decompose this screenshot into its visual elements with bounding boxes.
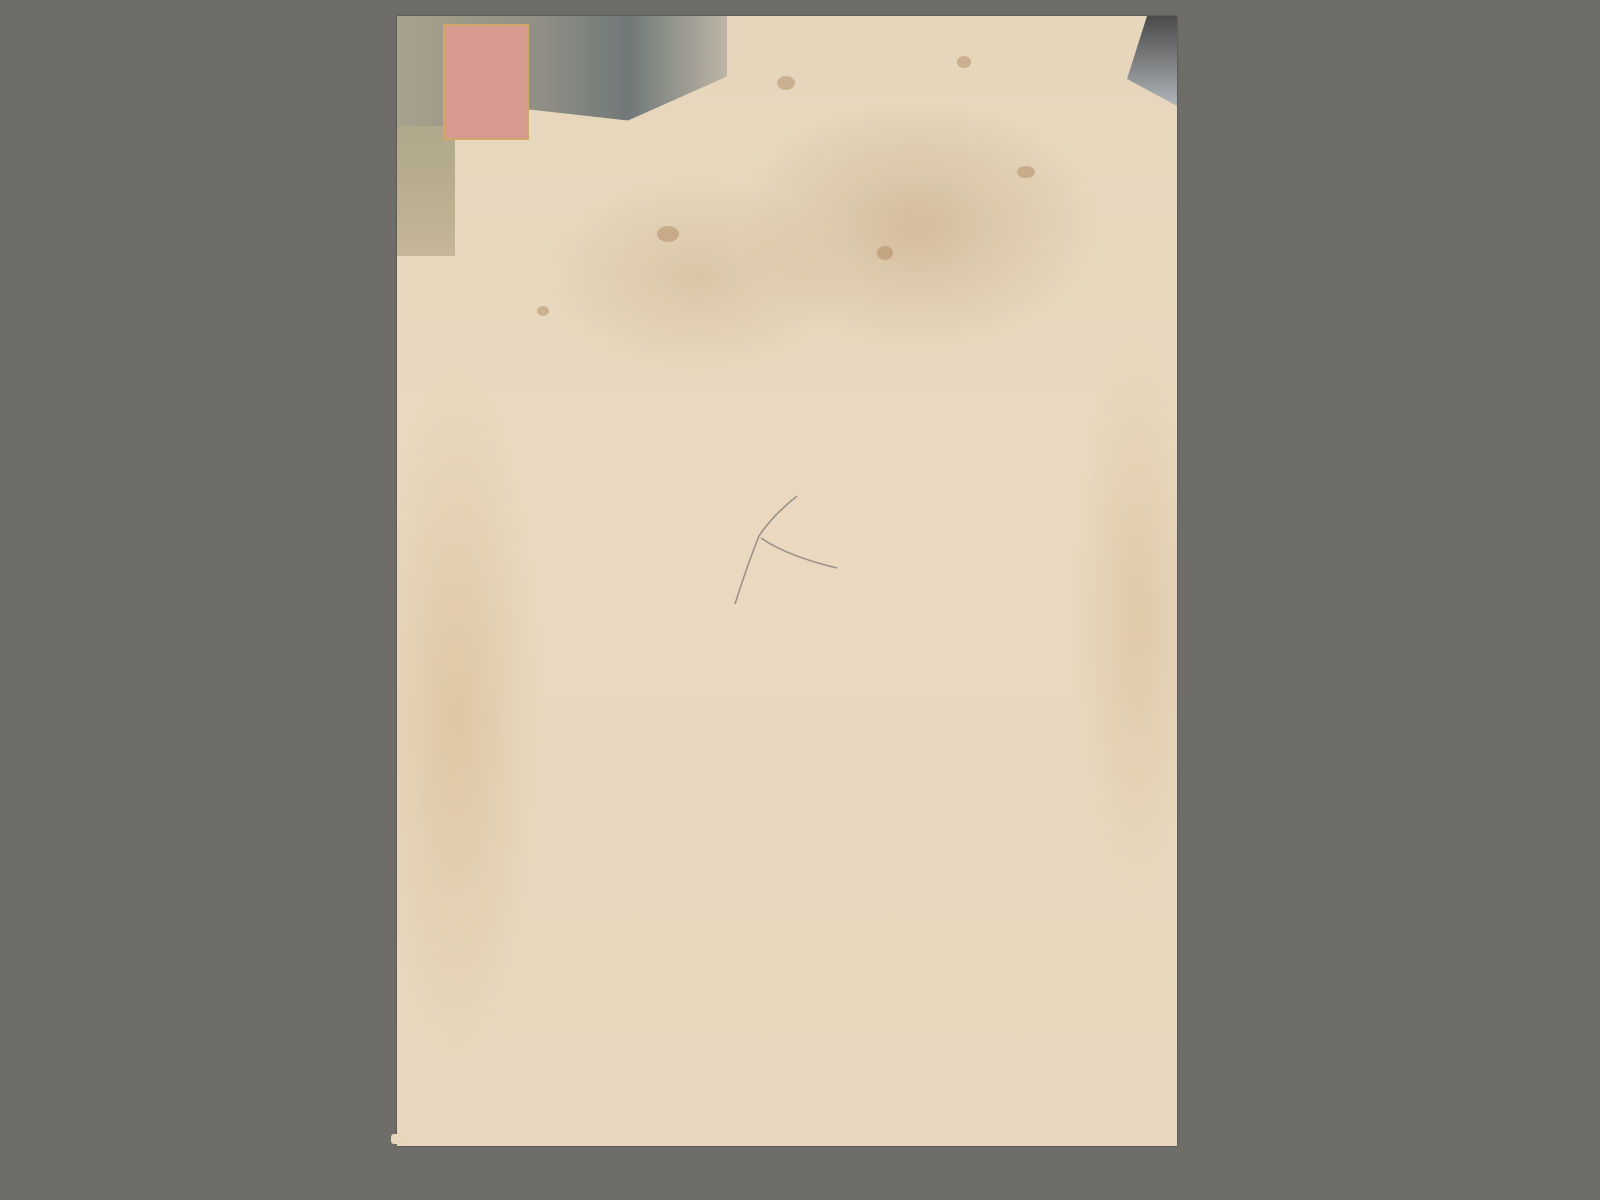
pencil-mark [727,486,847,606]
red-seal-cartouche [443,24,529,140]
paper-sheet [397,16,1177,1146]
foxing-stain [777,76,795,90]
foxing-stain [1017,166,1035,178]
foxing-stain [537,306,549,316]
foxing-stain [957,56,971,68]
foxing-stain [657,226,679,242]
torn-corner [391,1134,405,1144]
foxing-stain [877,246,893,260]
print-fragment-top-right [1127,16,1177,106]
